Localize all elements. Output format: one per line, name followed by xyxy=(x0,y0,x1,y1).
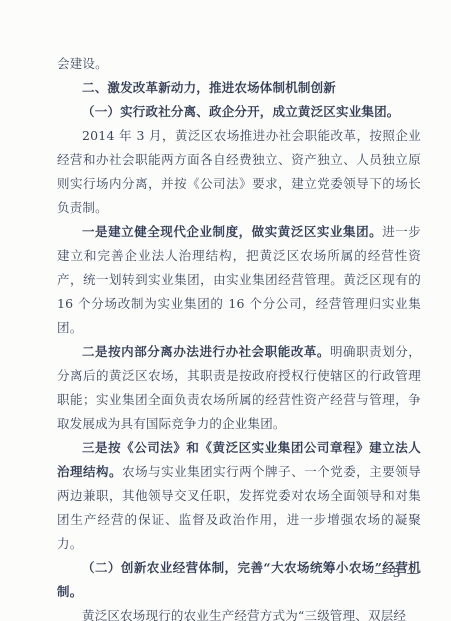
text-segment: 黄泛区农场现行的农业生产经营方式为“三级管理、双层经 xyxy=(82,608,406,621)
text-segment: 会建设。 xyxy=(57,56,108,71)
document-page: 会建设。二、激发改革新动力，推进农场体制机制创新（一）实行政社分离、政企分开，成… xyxy=(0,0,451,621)
text-segment: 二是按内部分离办法进行办社会职能改革。 xyxy=(82,344,330,359)
text-segment: （二）创新农业经营体制，完善“大农场统筹小农场”经营机制。 xyxy=(57,560,421,599)
text-segment: 二、激发改革新动力，推进农场体制机制创新 xyxy=(82,80,336,95)
heading-subsection-1: （一）实行政社分离、政企分开，成立黄泛区实业集团。 xyxy=(57,100,421,124)
page-number: — 5 — xyxy=(374,561,420,585)
document-body: 会建设。二、激发改革新动力，推进农场体制机制创新（一）实行政社分离、政企分开，成… xyxy=(57,52,421,621)
text-segment: 2014 年 3 月，黄泛区农场推进办社会职能改革，按照企业经营和办社会职能两方… xyxy=(57,128,421,215)
heading-subsection-2: （二）创新农业经营体制，完善“大农场统筹小农场”经营机制。 xyxy=(57,556,421,604)
text-segment: （一）实行政社分离、政企分开，成立黄泛区实业集团。 xyxy=(82,104,400,119)
paragraph-body: 黄泛区农场现行的农业生产经营方式为“三级管理、双层经 xyxy=(57,604,421,621)
heading-section-2: 二、激发改革新动力，推进农场体制机制创新 xyxy=(57,76,421,100)
paragraph-body: 一是建立健全现代企业制度，做实黄泛区实业集团。进一步建立和完善企业法人治理结构，… xyxy=(57,220,421,340)
paragraph-body: 2014 年 3 月，黄泛区农场推进办社会职能改革，按照企业经营和办社会职能两方… xyxy=(57,124,421,220)
text-segment: 一是建立健全现代企业制度，做实黄泛区实业集团。 xyxy=(82,224,382,239)
paragraph-body: 三是按《公司法》和《黄泛区实业集团公司章程》建立法人治理结构。农场与实业集团实行… xyxy=(57,436,421,556)
paragraph-body: 二是按内部分离办法进行办社会职能改革。明确职责划分，分离后的黄泛区农场，其职责是… xyxy=(57,340,421,436)
text-segment: 进一步建立和完善企业法人治理结构，把黄泛区农场所属的经营性资产，统一划转到实业集… xyxy=(57,224,421,335)
paragraph-continuation: 会建设。 xyxy=(57,52,421,76)
